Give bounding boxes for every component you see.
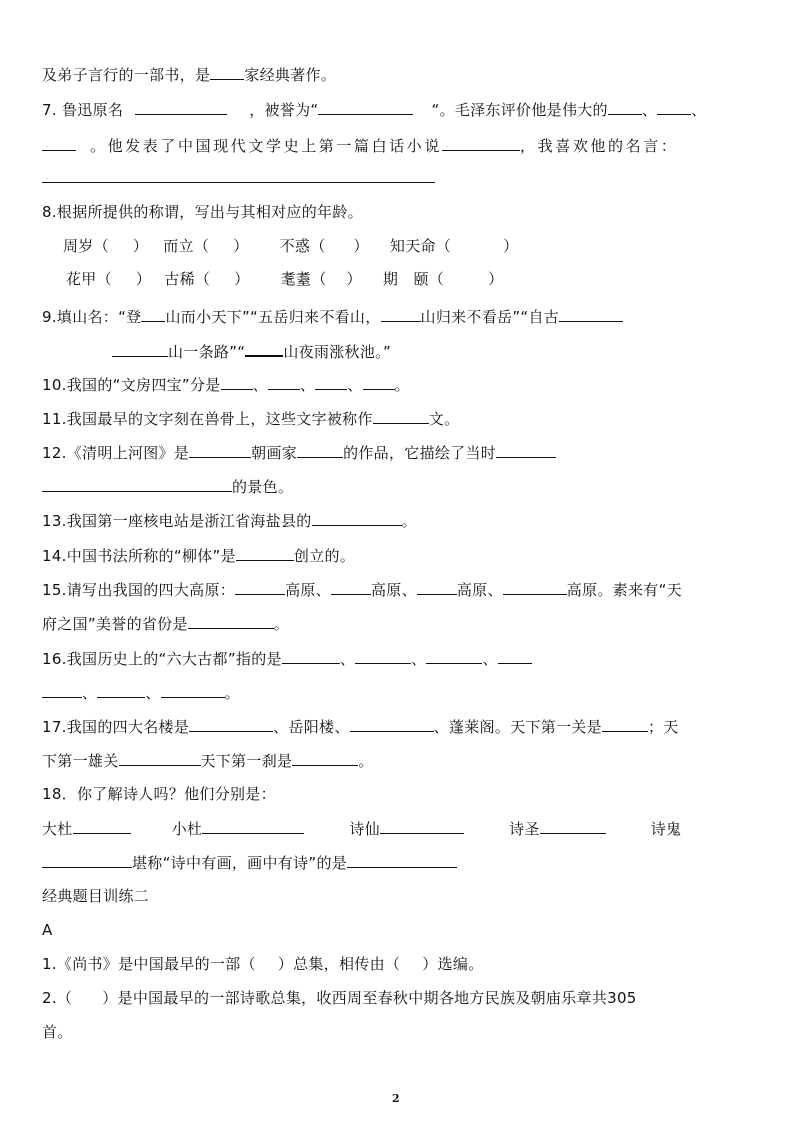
answer-blank[interactable]	[347, 852, 457, 868]
text: A	[42, 921, 53, 939]
text: 2.（	[42, 989, 72, 1007]
question-7-line3	[42, 167, 435, 188]
question-number: 7.	[42, 101, 62, 119]
text: ）	[133, 237, 148, 255]
answer-blank[interactable]	[381, 306, 421, 322]
answer-blank[interactable]	[380, 818, 464, 834]
text: 8.根据所提供的称谓，写出与其相对应的年龄。	[42, 203, 363, 221]
text: 15.请写出我国的四大高原：	[42, 581, 235, 599]
text: “。毛泽东评价他是伟大的	[431, 101, 607, 119]
answer-blank[interactable]	[496, 442, 556, 458]
text: 朝画家	[251, 444, 297, 462]
answer-blank[interactable]	[189, 442, 251, 458]
label: 花甲（	[66, 270, 112, 288]
question-17-line2: 下第一雄关天下第一刹是。	[42, 750, 374, 771]
section-a-question-2-line2: 首。	[42, 1022, 73, 1042]
text: 山而小天下”“五岳归来不看山，	[165, 308, 380, 326]
text: 家经典著作。	[244, 66, 336, 84]
text: 文。	[429, 410, 460, 428]
text: ）	[233, 237, 248, 255]
section-title: 经典题目训练二	[42, 886, 149, 906]
answer-blank[interactable]	[42, 476, 232, 492]
answer-blank[interactable]	[221, 374, 253, 390]
answer-blank[interactable]	[112, 341, 168, 357]
question-15-line2: 府之国”美誉的省份是。	[42, 613, 289, 634]
answer-blank[interactable]	[363, 374, 395, 390]
question-16-line2: 、、。	[42, 682, 240, 703]
page-number: 2	[392, 1092, 400, 1105]
text: 16.我国历史上的“六大古都”指的是	[42, 650, 282, 668]
text: 创立的。	[294, 547, 355, 565]
answer-blank[interactable]	[608, 99, 642, 115]
text: 山夜雨涨秋池。”	[283, 343, 391, 361]
text: 、	[691, 101, 706, 119]
question-8-row2: 花甲（） 古稀（） 耄耋（） 期 颐（）	[66, 269, 503, 289]
separator: 、	[340, 650, 355, 668]
poet-label-xiao-du: 小杜	[172, 820, 203, 838]
question-15-line1: 15.请写出我国的四大高原：高原、高原、高原、高原。素来有“天	[42, 579, 682, 600]
text: ）	[354, 237, 369, 255]
label: 知天命（	[390, 237, 451, 255]
question-18-poets-row: 大杜 小杜 诗仙 诗圣 诗鬼	[42, 818, 681, 839]
text: 鲁迅原名	[62, 101, 123, 119]
answer-blank[interactable]	[559, 306, 623, 322]
answer-blank[interactable]	[602, 716, 648, 732]
text: 天下第一刹是	[201, 752, 293, 770]
text: 18．你了解诗人吗？他们分别是：	[42, 785, 276, 803]
question-7-line2: 。他发表了中国现代文学史上第一篇白话小说，我喜欢他的名言：	[42, 135, 678, 156]
answer-blank[interactable]	[236, 545, 294, 561]
question-8: 8.根据所提供的称谓，写出与其相对应的年龄。	[42, 202, 363, 222]
text: 。他发表了中国现代文学史上第一篇白话小说	[90, 137, 442, 155]
label: 而立（	[163, 237, 209, 255]
answer-blank-novel[interactable]	[442, 135, 520, 151]
answer-blank[interactable]	[350, 716, 434, 732]
poet-label-shi-gui: 诗鬼	[651, 820, 682, 838]
text: 堪称“诗中有画，画中有诗”的是	[132, 854, 347, 872]
answer-blank[interactable]	[657, 99, 691, 115]
answer-blank[interactable]	[245, 340, 283, 357]
text: 、	[642, 101, 657, 119]
text: 的作品，它描绘了当时	[343, 444, 496, 462]
section-a-question-2-line1: 2.（）是中国最早的一部诗歌总集，收西周至春秋中期各地方民族及朝庙乐章共305	[42, 988, 637, 1008]
question-18-line3: 堪称“诗中有画，画中有诗”的是	[42, 852, 457, 873]
answer-blank[interactable]	[498, 648, 532, 664]
answer-blank[interactable]	[161, 682, 225, 698]
answer-blank[interactable]	[119, 750, 201, 766]
text: 13.我国第一座核电站是浙江省海盐县的	[42, 512, 312, 530]
section-label: A	[42, 920, 53, 940]
text: 高原、	[457, 581, 503, 599]
text: 的景色。	[232, 478, 293, 496]
answer-blank-quote[interactable]	[42, 167, 435, 183]
text: ）	[136, 270, 151, 288]
text: ；天	[648, 718, 679, 736]
label: 古稀（	[164, 270, 210, 288]
answer-blank[interactable]	[426, 648, 482, 664]
question-12-line1: 12.《清明上河图》是朝画家的作品，它描绘了当时	[42, 442, 556, 463]
text: 17.我国的四大名楼是	[42, 718, 189, 736]
poet-label-da-du: 大杜	[42, 820, 73, 838]
text: ）	[503, 237, 518, 255]
answer-blank[interactable]	[282, 648, 340, 664]
text: 11.我国最早的文字刻在兽骨上，这些文字被称作	[42, 410, 373, 428]
text: ）	[234, 270, 249, 288]
answer-blank[interactable]	[141, 306, 165, 322]
separator: 、	[347, 376, 362, 394]
text: 高原、	[371, 581, 417, 599]
question-10: 10.我国的“文房四宝”分是、、、。	[42, 374, 410, 395]
text: 。	[225, 684, 240, 702]
text: 12.《清明上河图》是	[42, 444, 189, 462]
answer-blank[interactable]	[235, 579, 285, 595]
answer-blank[interactable]	[42, 852, 132, 868]
answer-blank[interactable]	[73, 818, 131, 834]
text: 下第一雄关	[42, 752, 119, 770]
text: ）总集，相传由（	[278, 955, 400, 973]
answer-blank[interactable]	[42, 135, 76, 151]
answer-blank[interactable]	[297, 442, 343, 458]
answer-blank-real-name[interactable]	[135, 99, 227, 115]
question-18: 18．你了解诗人吗？他们分别是：	[42, 784, 276, 804]
answer-blank[interactable]	[417, 579, 457, 595]
text: 山一条路”“	[168, 343, 245, 361]
text: 及弟子言行的一部书，是	[42, 66, 210, 84]
text: 高原。素来有“天	[567, 581, 682, 599]
answer-blank[interactable]	[503, 579, 567, 595]
poet-label-shi-sheng: 诗圣	[509, 820, 540, 838]
question-17-line1: 17.我国的四大名楼是、岳阳楼、、蓬莱阁。天下第一关是；天	[42, 716, 679, 737]
separator: 、	[482, 650, 497, 668]
answer-blank[interactable]	[42, 682, 82, 698]
separator: 、	[300, 376, 315, 394]
question-16-line1: 16.我国历史上的“六大古都”指的是、、、	[42, 648, 532, 669]
answer-blank[interactable]	[210, 64, 244, 80]
question-11: 11.我国最早的文字刻在兽骨上，这些文字被称作文。	[42, 408, 459, 429]
text: 经典题目训练二	[42, 887, 149, 905]
text: 9.填山名：“登	[42, 308, 141, 326]
text: 。	[395, 376, 410, 394]
answer-blank[interactable]	[188, 613, 274, 629]
answer-blank[interactable]	[331, 579, 371, 595]
text: 高原、	[285, 581, 331, 599]
text: 1.《尚书》是中国最早的一部（	[42, 955, 256, 973]
text: 14.中国书法所称的“柳体”是	[42, 547, 236, 565]
text: 、岳阳楼、	[273, 718, 350, 736]
answer-blank[interactable]	[202, 818, 304, 834]
separator: 、	[253, 376, 268, 394]
question-14: 14.中国书法所称的“柳体”是创立的。	[42, 545, 355, 566]
separator: 、	[411, 650, 426, 668]
text: 首。	[42, 1023, 73, 1041]
text: ）选编。	[422, 955, 483, 973]
label: 耄耋（	[281, 270, 327, 288]
text: 府之国”美誉的省份是	[42, 615, 188, 633]
question-9-line2: 山一条路”“山夜雨涨秋池。”	[112, 340, 391, 362]
label: 期 颐（	[383, 270, 444, 288]
answer-blank[interactable]	[312, 510, 402, 526]
separator: 、	[82, 684, 97, 702]
text: 。	[274, 615, 289, 633]
text: ）	[347, 270, 362, 288]
text: ，被誉为“	[249, 101, 318, 119]
text: 10.我国的“文房四宝”分是	[42, 376, 221, 394]
answer-blank[interactable]	[292, 750, 358, 766]
text: ，我喜欢他的名言：	[520, 137, 678, 155]
text: 。	[358, 752, 373, 770]
text: ）	[488, 270, 503, 288]
answer-blank[interactable]	[315, 374, 347, 390]
question-12-line2: 的景色。	[42, 476, 293, 497]
question-9-line1: 9.填山名：“登山而小天下”“五岳归来不看山，山归来不看岳”“自古	[42, 306, 623, 327]
answer-blank[interactable]	[97, 682, 145, 698]
label: 不惑（	[280, 237, 326, 255]
section-a-question-1: 1.《尚书》是中国最早的一部（）总集，相传由（）选编。	[42, 954, 483, 974]
question-8-row1: 周岁（） 而立（） 不惑（） 知天命（）	[63, 236, 518, 256]
text: ）是中国最早的一部诗歌总集，收西周至春秋中期各地方民族及朝庙乐章共305	[102, 989, 636, 1007]
answer-blank[interactable]	[189, 716, 273, 732]
text: 、蓬莱阁。天下第一关是	[434, 718, 602, 736]
answer-blank[interactable]	[540, 818, 606, 834]
separator: 、	[145, 684, 160, 702]
line-intro-continuation: 及弟子言行的一部书，是家经典著作。	[42, 64, 336, 85]
label: 周岁（	[63, 237, 109, 255]
text: 山归来不看岳”“自古	[421, 308, 560, 326]
text: 。	[402, 512, 417, 530]
question-7-line1: 7. 鲁迅原名，被誉为““。毛泽东评价他是伟大的、、	[42, 99, 706, 120]
question-13: 13.我国第一座核电站是浙江省海盐县的。	[42, 510, 417, 531]
poet-label-shi-xian: 诗仙	[349, 820, 380, 838]
answer-blank[interactable]	[355, 648, 411, 664]
answer-blank[interactable]	[268, 374, 300, 390]
answer-blank-title[interactable]	[318, 99, 413, 115]
answer-blank[interactable]	[373, 408, 429, 424]
